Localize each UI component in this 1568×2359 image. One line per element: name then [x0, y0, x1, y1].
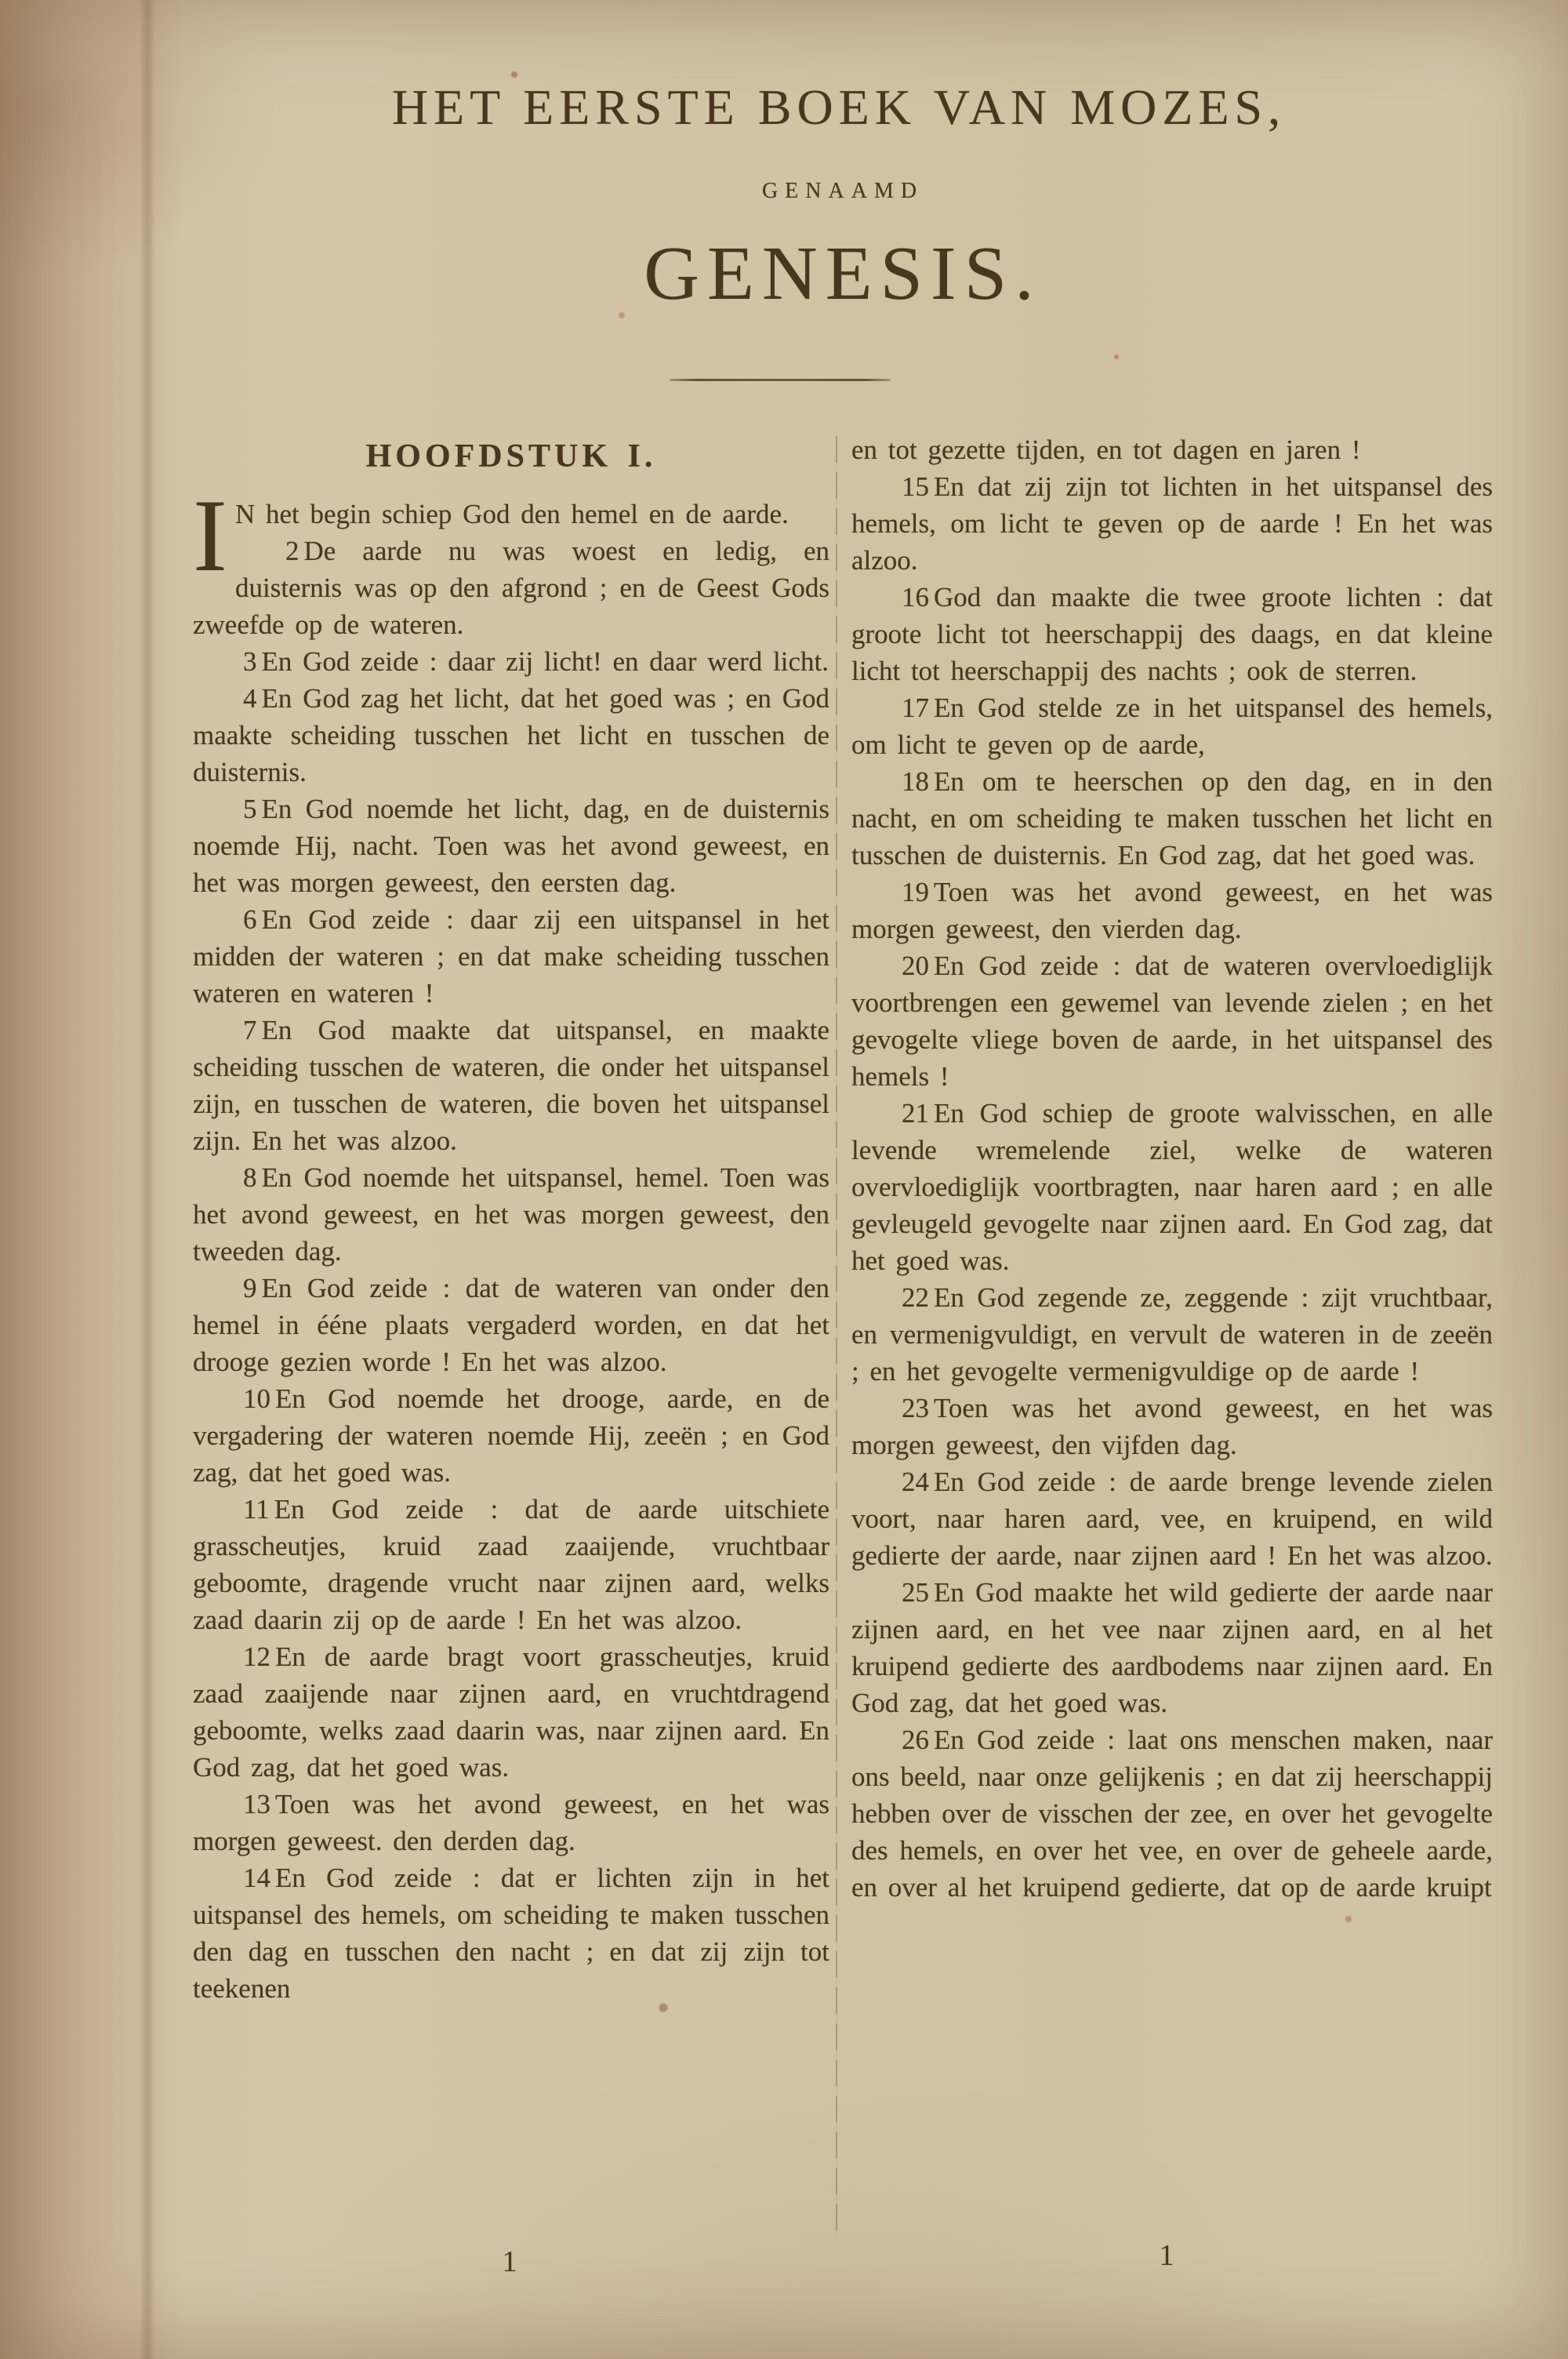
- verse-number: 25: [902, 1577, 929, 1608]
- verse-number: 11: [243, 1494, 270, 1525]
- verse-24: 24En God zeide : de aarde brenge levende…: [851, 1463, 1493, 1574]
- verse-23: 23Toen was het avond geweest, en het was…: [851, 1390, 1493, 1463]
- verse-continuation: en tot gezette tijden, en tot dagen en j…: [851, 431, 1493, 468]
- verse-4: 4En God zag het licht, dat het goed was …: [193, 680, 829, 791]
- verse-13: 13Toen was het avond geweest, en het was…: [193, 1786, 829, 1859]
- verse-15: 15En dat zij zijn tot lichten in het uit…: [851, 468, 1493, 579]
- page-number-right: 1: [1160, 2238, 1174, 2273]
- verse-19: 19Toen was het avond geweest, en het was…: [851, 874, 1493, 947]
- column-divider-rule: [836, 436, 837, 2237]
- verse-20: 20En God zeide : dat de wateren overvloe…: [851, 947, 1493, 1095]
- verse-22: 22En God zegende ze, zeggende : zijt vru…: [851, 1279, 1493, 1390]
- verse-number: 13: [243, 1789, 270, 1819]
- verse-number: 20: [902, 951, 929, 981]
- verse-9: 9En God zeide : dat de wateren van onder…: [193, 1270, 829, 1380]
- verse-10: 10En God noemde het drooge, aarde, en de…: [193, 1380, 829, 1491]
- verse-8: 8En God noemde het uitspansel, hemel. To…: [193, 1159, 829, 1270]
- page-number-left: 1: [503, 2245, 517, 2279]
- verse-number: 12: [243, 1641, 270, 1672]
- verse-number: 15: [902, 471, 929, 502]
- verse-number: 17: [902, 692, 929, 723]
- page-subtitle: GENAAMD: [762, 179, 924, 204]
- verse-number: 2: [285, 536, 299, 566]
- verse-number: 9: [243, 1273, 257, 1303]
- verse-21: 21En God schiep de groote walvisschen, e…: [851, 1095, 1493, 1279]
- verse-number: 8: [243, 1162, 257, 1193]
- verse-5: 5En God noemde het licht, dag, en de dui…: [193, 791, 829, 901]
- verse-number: 24: [902, 1467, 929, 1497]
- verse-number: 19: [902, 877, 929, 907]
- verse-number: 26: [902, 1725, 929, 1755]
- verse-1: IN het begin schiep God den hemel en de …: [193, 496, 829, 533]
- verse-11: 11En God zeide : dat de aarde uitschiete…: [193, 1491, 829, 1638]
- text-column-left: HOOFDSTUK I. IN het begin schiep God den…: [193, 438, 829, 2007]
- verse-number: 5: [243, 794, 257, 824]
- verse-12: 12En de aarde bragt voort grasscheutjes,…: [193, 1638, 829, 1786]
- verse-number: 10: [243, 1383, 270, 1414]
- verse-number: 6: [243, 904, 257, 935]
- verse-7: 7En God maakte dat uitspansel, en maakte…: [193, 1012, 829, 1159]
- drop-cap: I: [193, 500, 227, 572]
- verse-number: 14: [243, 1863, 270, 1893]
- verse-26: 26En God zeide : laat ons menschen maken…: [851, 1721, 1493, 1906]
- page-gutter-crease: [140, 0, 155, 2359]
- title-divider-rule: [670, 379, 891, 381]
- verse-18: 18En om te heerschen op den dag, en in d…: [851, 763, 1493, 874]
- verse-6: 6En God zeide : daar zij een uitspansel …: [193, 901, 829, 1012]
- verse-number: 22: [902, 1282, 929, 1313]
- verse-17: 17En God stelde ze in het uitspansel des…: [851, 689, 1493, 763]
- verse-number: 18: [902, 766, 929, 797]
- verse-number: 16: [902, 582, 929, 612]
- verse-number: 3: [243, 646, 257, 677]
- verse-3: 3En God zeide : daar zij licht! en daar …: [193, 643, 829, 680]
- page-title: HET EERSTE BOEK VAN MOZES,: [392, 78, 1286, 136]
- verse-number: 21: [902, 1098, 929, 1129]
- verse-2: 2De aarde nu was woest en ledig, en duis…: [193, 533, 829, 643]
- chapter-heading: HOOFDSTUK I.: [193, 438, 829, 475]
- verse-25: 25En God maakte het wild gedierte der aa…: [851, 1574, 1493, 1721]
- verse-16: 16God dan maakte die twee groote lichten…: [851, 579, 1493, 689]
- text-column-right: en tot gezette tijden, en tot dagen en j…: [851, 431, 1493, 1906]
- verse-number: 4: [243, 683, 257, 714]
- verse-number: 7: [243, 1015, 257, 1045]
- verse-number: 23: [902, 1393, 929, 1423]
- book-title: GENESIS.: [644, 230, 1041, 318]
- scanned-book-page: HET EERSTE BOEK VAN MOZES, GENAAMD GENES…: [0, 0, 1568, 2359]
- verse-14: 14En God zeide : dat er lichten zijn in …: [193, 1859, 829, 2007]
